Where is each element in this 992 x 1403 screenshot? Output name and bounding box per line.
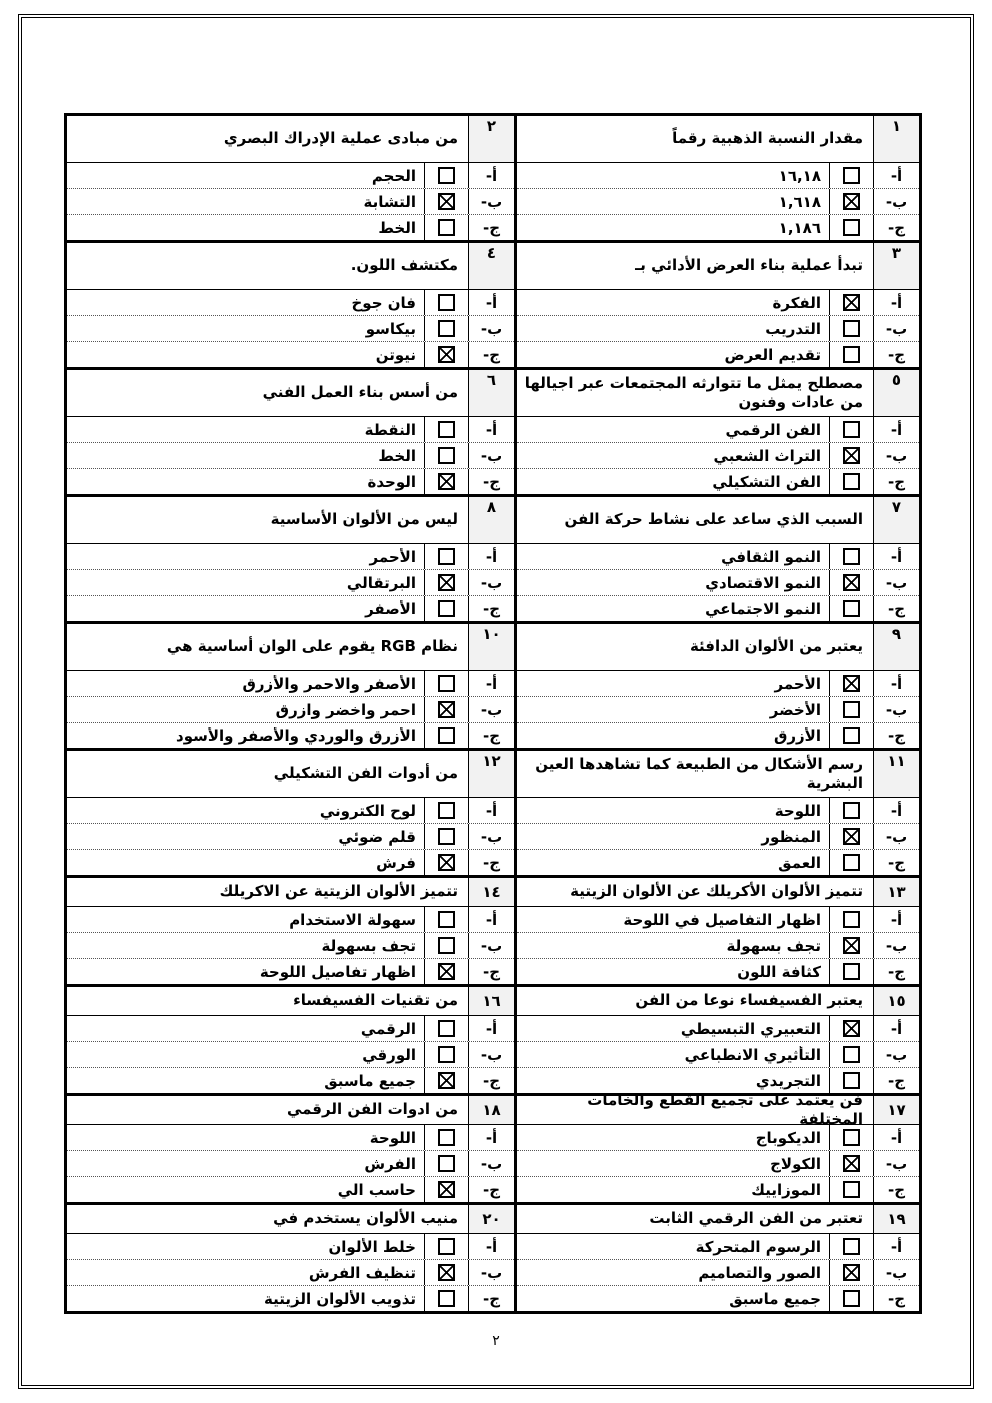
- option-row: ج-الأزرق والوردي والأصفر والأسود: [67, 722, 514, 748]
- checkbox-checked-icon[interactable]: [843, 193, 860, 210]
- question-text: من أسس بناء العمل الفني: [67, 370, 468, 416]
- option-letter: ب-: [873, 1151, 919, 1176]
- question-header: ١٩تعتبر من الفن الرقمي الثابت: [517, 1205, 919, 1233]
- option-checkbox-cell: [829, 1042, 873, 1067]
- option-row: أ-الحجم: [67, 162, 514, 188]
- question-number: ٢: [487, 119, 496, 134]
- question-text: من تقنيات الفسيفساء: [67, 987, 468, 1015]
- option-row: ب-الورقي: [67, 1041, 514, 1067]
- option-checkbox-cell: [829, 342, 873, 367]
- option-row: ب-بيكاسو: [67, 315, 514, 341]
- option-letter: أ-: [468, 1125, 514, 1150]
- question-block: ٤مكتشف اللون.أ-فان جوخب-بيكاسوج-نيوتن: [64, 240, 517, 370]
- checkbox-checked-icon[interactable]: [438, 701, 455, 718]
- option-checkbox-cell: [829, 798, 873, 823]
- question-row-band: ٩يعتبر من الألوان الدافئةأ-الأحمرب-الأخض…: [64, 621, 922, 751]
- option-label: احمر واخضر وازرق: [67, 701, 424, 719]
- option-checkbox-cell: [424, 570, 468, 595]
- checkbox-unchecked-icon[interactable]: [438, 1020, 455, 1037]
- question-number: ١٤: [482, 885, 500, 900]
- option-letter: ب-: [468, 697, 514, 722]
- question-row-band: ٣تبدأ عملية بناء العرض الأدائي بـأ-الفكر…: [64, 240, 922, 370]
- question-text: رسم الأشكال من الطبيعة كما تشاهدها العين…: [517, 751, 873, 797]
- question-header: ٣تبدأ عملية بناء العرض الأدائي بـ: [517, 243, 919, 289]
- question-number: ١٣: [887, 885, 905, 900]
- option-checkbox-cell: [424, 596, 468, 621]
- option-label: النمو الثقافي: [517, 548, 829, 566]
- option-checkbox-cell: [424, 824, 468, 849]
- checkbox-unchecked-icon[interactable]: [843, 963, 860, 980]
- question-row-band: ٧السبب الذي ساعد على نشاط حركة الفنأ-الن…: [64, 494, 922, 624]
- question-number-cell: ٤: [468, 243, 514, 289]
- option-label: المنظور: [517, 828, 829, 846]
- question-number-cell: ٩: [873, 624, 919, 670]
- option-label: خلط الألوان: [67, 1238, 424, 1256]
- question-number: ١٦: [482, 994, 500, 1009]
- option-checkbox-cell: [829, 443, 873, 468]
- option-letter: أ-: [873, 417, 919, 442]
- option-checkbox-cell: [424, 163, 468, 188]
- checkbox-unchecked-icon[interactable]: [843, 320, 860, 337]
- option-checkbox-cell: [829, 723, 873, 748]
- option-letter: ب-: [873, 1260, 919, 1285]
- checkbox-unchecked-icon[interactable]: [843, 548, 860, 565]
- option-letter: أ-: [468, 544, 514, 569]
- option-row: أ-لوح الكتروني: [67, 797, 514, 823]
- question-text: تتميز الألوان الأكريلك عن الألوان الزيتي…: [517, 878, 873, 906]
- option-row: أ-النقطة: [67, 416, 514, 442]
- option-letter: ب-: [873, 189, 919, 214]
- option-row: ج-الأزرق: [517, 722, 919, 748]
- question-number-cell: ١٥: [873, 987, 919, 1015]
- option-letter: ب-: [468, 1151, 514, 1176]
- option-row: ج-الخط: [67, 214, 514, 240]
- question-text: مكتشف اللون.: [67, 243, 468, 289]
- checkbox-unchecked-icon[interactable]: [843, 1129, 860, 1146]
- option-row: ج-اظهار تفاصيل اللوحة: [67, 958, 514, 984]
- option-label: الكولاج: [517, 1155, 829, 1173]
- question-number: ٣: [892, 246, 901, 261]
- checkbox-checked-icon[interactable]: [843, 1020, 860, 1037]
- option-letter: أ-: [468, 798, 514, 823]
- option-letter: ج-: [468, 469, 514, 494]
- option-checkbox-cell: [829, 189, 873, 214]
- checkbox-unchecked-icon[interactable]: [843, 167, 860, 184]
- question-text: فن يعتمد على تجميع القطع والخامات المختل…: [517, 1096, 873, 1124]
- checkbox-unchecked-icon[interactable]: [843, 854, 860, 871]
- option-row: ب-احمر واخضر وازرق: [67, 696, 514, 722]
- question-number: ١٥: [887, 994, 905, 1009]
- option-letter: ب-: [873, 443, 919, 468]
- checkbox-checked-icon[interactable]: [843, 937, 860, 954]
- option-row: ج-نيوتن: [67, 341, 514, 367]
- option-label: الأخضر: [517, 701, 829, 719]
- checkbox-checked-icon[interactable]: [438, 1072, 455, 1089]
- checkbox-unchecked-icon[interactable]: [438, 294, 455, 311]
- question-text: مقدار النسبة الذهبية رقماً: [517, 116, 873, 162]
- option-label: التشابة: [67, 193, 424, 211]
- checkbox-unchecked-icon[interactable]: [438, 1155, 455, 1172]
- option-row: ب-البرتقالي: [67, 569, 514, 595]
- checkbox-unchecked-icon[interactable]: [438, 600, 455, 617]
- question-block: ١٦من تقنيات الفسيفساءأ-الرقميب-الورقيج-ج…: [64, 984, 517, 1096]
- question-number: ١٠: [482, 627, 500, 642]
- question-number-cell: ١: [873, 116, 919, 162]
- option-label: التجريدي: [517, 1072, 829, 1090]
- option-label: تجف بسهولة: [517, 937, 829, 955]
- option-row: ج-النمو الاجتماعي: [517, 595, 919, 621]
- option-label: جميع ماسبق: [67, 1072, 424, 1090]
- question-text: منيب الألوان يستخدم في: [67, 1205, 468, 1233]
- question-header: ١٧فن يعتمد على تجميع القطع والخامات المخ…: [517, 1096, 919, 1124]
- option-row: أ-الأحمر: [517, 670, 919, 696]
- option-row: أ-الرسوم المتحركة: [517, 1233, 919, 1259]
- option-label: الفكرة: [517, 294, 829, 312]
- option-letter: أ-: [873, 544, 919, 569]
- option-row: أ-الفن الرقمي: [517, 416, 919, 442]
- option-letter: ج-: [468, 959, 514, 984]
- option-label: الورقي: [67, 1046, 424, 1064]
- option-label: تقديم العرض: [517, 346, 829, 364]
- checkbox-checked-icon[interactable]: [843, 294, 860, 311]
- option-row: ب-التدريب: [517, 315, 919, 341]
- checkbox-unchecked-icon[interactable]: [438, 1129, 455, 1146]
- checkbox-unchecked-icon[interactable]: [438, 447, 455, 464]
- question-number-cell: ١٤: [468, 878, 514, 906]
- option-label: اظهار تفاصيل اللوحة: [67, 963, 424, 981]
- option-row: ب-الأخضر: [517, 696, 919, 722]
- option-checkbox-cell: [829, 215, 873, 240]
- question-text: من مبادى عملية الإدراك البصري: [67, 116, 468, 162]
- option-checkbox-cell: [829, 596, 873, 621]
- page-number: ٢: [0, 1333, 992, 1349]
- option-checkbox-cell: [829, 1234, 873, 1259]
- option-label: الموزاييك: [517, 1181, 829, 1199]
- question-block: ١٥يعتبر الفسيفساء نوعا من الفنأ-التعبيري…: [514, 984, 922, 1096]
- option-row: أ-اظهار التفاصيل في اللوحة: [517, 906, 919, 932]
- checkbox-unchecked-icon[interactable]: [438, 802, 455, 819]
- checkbox-checked-icon[interactable]: [843, 1264, 860, 1281]
- option-letter: ج-: [873, 215, 919, 240]
- option-checkbox-cell: [424, 189, 468, 214]
- option-checkbox-cell: [424, 1042, 468, 1067]
- question-row-band: ٥مصطلح يمثل ما تتوارثه المجتمعات عبر اجي…: [64, 367, 922, 497]
- question-number-cell: ١٩: [873, 1205, 919, 1233]
- option-label: فرش: [67, 854, 424, 872]
- option-row: ج-حاسب الي: [67, 1176, 514, 1202]
- option-row: أ-الأحمر: [67, 543, 514, 569]
- option-row: أ-١٦,١٨: [517, 162, 919, 188]
- option-checkbox-cell: [424, 850, 468, 875]
- checkbox-unchecked-icon[interactable]: [438, 937, 455, 954]
- question-row-band: ١٥يعتبر الفسيفساء نوعا من الفنأ-التعبيري…: [64, 984, 922, 1096]
- checkbox-unchecked-icon[interactable]: [438, 1238, 455, 1255]
- option-letter: ج-: [468, 1068, 514, 1093]
- checkbox-checked-icon[interactable]: [843, 1155, 860, 1172]
- option-label: الرقمي: [67, 1020, 424, 1038]
- option-row: ب-المنظور: [517, 823, 919, 849]
- checkbox-checked-icon[interactable]: [843, 574, 860, 591]
- checkbox-unchecked-icon[interactable]: [843, 911, 860, 928]
- option-label: حاسب الي: [67, 1181, 424, 1199]
- option-checkbox-cell: [424, 316, 468, 341]
- option-letter: ب-: [873, 1042, 919, 1067]
- option-checkbox-cell: [829, 1016, 873, 1041]
- option-letter: أ-: [468, 1234, 514, 1259]
- option-row: ب-قلم ضوئي: [67, 823, 514, 849]
- question-block: ١٢من أدوات الفن التشكيليأ-لوح الكترونيب-…: [64, 748, 517, 878]
- option-letter: أ-: [873, 1125, 919, 1150]
- option-label: النقطة: [67, 421, 424, 439]
- option-letter: أ-: [468, 671, 514, 696]
- option-letter: أ-: [873, 163, 919, 188]
- option-checkbox-cell: [424, 1286, 468, 1311]
- option-row: ج-١,١٨٦: [517, 214, 919, 240]
- question-block: ٥مصطلح يمثل ما تتوارثه المجتمعات عبر اجي…: [514, 367, 922, 497]
- option-label: لوح الكتروني: [67, 802, 424, 820]
- question-block: ٧السبب الذي ساعد على نشاط حركة الفنأ-الن…: [514, 494, 922, 624]
- question-header: ٢٠منيب الألوان يستخدم في: [67, 1205, 514, 1233]
- option-checkbox-cell: [829, 1260, 873, 1285]
- question-block: ٢من مبادى عملية الإدراك البصريأ-الحجمب-ا…: [64, 113, 517, 243]
- question-block: ٣تبدأ عملية بناء العرض الأدائي بـأ-الفكر…: [514, 240, 922, 370]
- option-letter: ب-: [468, 1042, 514, 1067]
- question-number-cell: ١٧: [873, 1096, 919, 1124]
- checkbox-unchecked-icon[interactable]: [843, 600, 860, 617]
- option-label: النمو الاجتماعي: [517, 600, 829, 618]
- question-number-cell: ٨: [468, 497, 514, 543]
- option-checkbox-cell: [829, 824, 873, 849]
- checkbox-unchecked-icon[interactable]: [438, 911, 455, 928]
- question-number: ٨: [487, 500, 496, 515]
- option-letter: ب-: [873, 933, 919, 958]
- option-row: ب-الكولاج: [517, 1150, 919, 1176]
- checkbox-unchecked-icon[interactable]: [843, 1046, 860, 1063]
- option-row: ب-النمو الاقتصادي: [517, 569, 919, 595]
- question-block: ١٠نظام RGB يقوم على الوان أساسية هيأ-الأ…: [64, 621, 517, 751]
- question-block: ١١رسم الأشكال من الطبيعة كما تشاهدها الع…: [514, 748, 922, 878]
- question-header: ٥مصطلح يمثل ما تتوارثه المجتمعات عبر اجي…: [517, 370, 919, 416]
- question-header: ١٣تتميز الألوان الأكريلك عن الألوان الزي…: [517, 878, 919, 906]
- option-letter: أ-: [468, 163, 514, 188]
- option-label: التأثيري الانطباعي: [517, 1046, 829, 1064]
- checkbox-checked-icon[interactable]: [438, 854, 455, 871]
- option-label: النمو الاقتصادي: [517, 574, 829, 592]
- question-block: ٢٠منيب الألوان يستخدم فيأ-خلط الألوانب-ت…: [64, 1202, 517, 1314]
- option-letter: ج-: [468, 596, 514, 621]
- question-header: ١٢من أدوات الفن التشكيلي: [67, 751, 514, 797]
- checkbox-unchecked-icon[interactable]: [843, 421, 860, 438]
- question-number: ٩: [892, 627, 901, 642]
- option-label: اظهار التفاصيل في اللوحة: [517, 911, 829, 929]
- option-label: الوحدة: [67, 473, 424, 491]
- option-label: الديكوباج: [517, 1129, 829, 1147]
- question-block: ٩يعتبر من الألوان الدافئةأ-الأحمرب-الأخض…: [514, 621, 922, 751]
- option-checkbox-cell: [424, 469, 468, 494]
- checkbox-unchecked-icon[interactable]: [843, 473, 860, 490]
- option-checkbox-cell: [424, 342, 468, 367]
- question-number: ٧: [892, 500, 901, 515]
- checkbox-checked-icon[interactable]: [438, 1181, 455, 1198]
- checkbox-unchecked-icon[interactable]: [843, 1181, 860, 1198]
- option-letter: ب-: [468, 570, 514, 595]
- option-row: ب-١,٦١٨: [517, 188, 919, 214]
- question-header: ١مقدار النسبة الذهبية رقماً: [517, 116, 919, 162]
- checkbox-checked-icon[interactable]: [843, 675, 860, 692]
- checkbox-checked-icon[interactable]: [843, 828, 860, 845]
- checkbox-checked-icon[interactable]: [438, 963, 455, 980]
- question-block: ١٨من ادوات الفن الرقميأ-اللوحةب-الفرشج-ح…: [64, 1093, 517, 1205]
- option-letter: ج-: [468, 342, 514, 367]
- option-letter: أ-: [873, 798, 919, 823]
- checkbox-checked-icon[interactable]: [438, 346, 455, 363]
- option-checkbox-cell: [829, 1125, 873, 1150]
- option-label: ١,٦١٨: [517, 193, 829, 211]
- option-row: ب-التأثيري الانطباعي: [517, 1041, 919, 1067]
- question-number: ١٩: [887, 1212, 905, 1227]
- question-text: مصطلح يمثل ما تتوارثه المجتمعات عبر اجيا…: [517, 370, 873, 416]
- question-number-cell: ٣: [873, 243, 919, 289]
- checkbox-unchecked-icon[interactable]: [843, 701, 860, 718]
- checkbox-unchecked-icon[interactable]: [843, 1238, 860, 1255]
- option-checkbox-cell: [829, 907, 873, 932]
- checkbox-unchecked-icon[interactable]: [843, 1072, 860, 1089]
- option-label: التراث الشعبي: [517, 447, 829, 465]
- checkbox-unchecked-icon[interactable]: [438, 828, 455, 845]
- option-checkbox-cell: [424, 544, 468, 569]
- checkbox-unchecked-icon[interactable]: [843, 802, 860, 819]
- question-block: ١٤تتميز الألوان الزيتية عن الاكريلكأ-سهو…: [64, 875, 517, 987]
- question-number-cell: ٧: [873, 497, 919, 543]
- option-label: الصور والتصاميم: [517, 1264, 829, 1282]
- question-header: ١٤تتميز الألوان الزيتية عن الاكريلك: [67, 878, 514, 906]
- option-row: ج-الوحدة: [67, 468, 514, 494]
- option-checkbox-cell: [424, 1260, 468, 1285]
- option-row: ب-الخط: [67, 442, 514, 468]
- checkbox-unchecked-icon[interactable]: [438, 1290, 455, 1307]
- option-row: أ-سهولة الاستخدام: [67, 906, 514, 932]
- option-row: أ-اللوحة: [67, 1124, 514, 1150]
- checkbox-checked-icon[interactable]: [438, 193, 455, 210]
- checkbox-unchecked-icon[interactable]: [438, 421, 455, 438]
- checkbox-checked-icon[interactable]: [438, 473, 455, 490]
- option-row: ب-الفرش: [67, 1150, 514, 1176]
- option-checkbox-cell: [829, 417, 873, 442]
- question-number-cell: ٢: [468, 116, 514, 162]
- option-letter: ج-: [873, 1068, 919, 1093]
- option-checkbox-cell: [829, 959, 873, 984]
- option-row: أ-الرقمي: [67, 1015, 514, 1041]
- checkbox-unchecked-icon[interactable]: [438, 675, 455, 692]
- option-letter: ب-: [873, 570, 919, 595]
- checkbox-unchecked-icon[interactable]: [843, 727, 860, 744]
- checkbox-unchecked-icon[interactable]: [438, 219, 455, 236]
- option-letter: أ-: [873, 671, 919, 696]
- option-row: أ-الفكرة: [517, 289, 919, 315]
- option-checkbox-cell: [424, 417, 468, 442]
- option-label: اللوحة: [67, 1129, 424, 1147]
- checkbox-unchecked-icon[interactable]: [438, 727, 455, 744]
- option-letter: ب-: [873, 697, 919, 722]
- option-row: ج-جميع ماسبق: [67, 1067, 514, 1093]
- option-row: ج-كثافة اللون: [517, 958, 919, 984]
- checkbox-unchecked-icon[interactable]: [843, 346, 860, 363]
- option-row: ب-تجف بسهولة: [517, 932, 919, 958]
- option-letter: ب-: [468, 1260, 514, 1285]
- checkbox-unchecked-icon[interactable]: [438, 548, 455, 565]
- option-letter: ج-: [873, 959, 919, 984]
- option-row: أ-الديكوباج: [517, 1124, 919, 1150]
- option-checkbox-cell: [424, 1068, 468, 1093]
- question-table: ١مقدار النسبة الذهبية رقماًأ-١٦,١٨ب-١,٦١…: [64, 113, 922, 1314]
- option-label: فان جوخ: [67, 294, 424, 312]
- option-checkbox-cell: [829, 1151, 873, 1176]
- option-letter: ج-: [873, 469, 919, 494]
- question-number-cell: ٦: [468, 370, 514, 416]
- option-letter: أ-: [873, 290, 919, 315]
- option-letter: ج-: [468, 850, 514, 875]
- option-letter: أ-: [873, 1234, 919, 1259]
- checkbox-unchecked-icon[interactable]: [438, 1046, 455, 1063]
- option-letter: أ-: [873, 907, 919, 932]
- option-label: جميع ماسبق: [517, 1290, 829, 1308]
- checkbox-unchecked-icon[interactable]: [843, 1290, 860, 1307]
- option-letter: ج-: [873, 850, 919, 875]
- checkbox-checked-icon[interactable]: [438, 1264, 455, 1281]
- option-letter: ب-: [468, 933, 514, 958]
- question-number: ١٧: [887, 1103, 905, 1118]
- option-label: نيوتن: [67, 346, 424, 364]
- question-header: ٤مكتشف اللون.: [67, 243, 514, 289]
- option-label: تنظيف الفرش: [67, 1264, 424, 1282]
- question-text: من أدوات الفن التشكيلي: [67, 751, 468, 797]
- option-letter: ج-: [873, 723, 919, 748]
- option-row: ب-تنظيف الفرش: [67, 1259, 514, 1285]
- question-row-band: ١مقدار النسبة الذهبية رقماًأ-١٦,١٨ب-١,٦١…: [64, 113, 922, 243]
- option-label: تجف بسهولة: [67, 937, 424, 955]
- option-row: ج-التجريدي: [517, 1067, 919, 1093]
- option-checkbox-cell: [829, 697, 873, 722]
- option-checkbox-cell: [424, 798, 468, 823]
- option-label: الفن التشكيلي: [517, 473, 829, 491]
- checkbox-checked-icon[interactable]: [438, 574, 455, 591]
- checkbox-unchecked-icon[interactable]: [438, 320, 455, 337]
- question-header: ٨ليس من الألوان الأساسية: [67, 497, 514, 543]
- option-checkbox-cell: [424, 1151, 468, 1176]
- option-label: ١,١٨٦: [517, 219, 829, 237]
- checkbox-unchecked-icon[interactable]: [843, 219, 860, 236]
- option-checkbox-cell: [829, 1068, 873, 1093]
- question-row-band: ١٩تعتبر من الفن الرقمي الثابتأ-الرسوم ال…: [64, 1202, 922, 1314]
- option-row: أ-التعبيري التبسيطي: [517, 1015, 919, 1041]
- option-checkbox-cell: [424, 215, 468, 240]
- option-label: الرسوم المتحركة: [517, 1238, 829, 1256]
- option-row: ج-الموزاييك: [517, 1176, 919, 1202]
- option-checkbox-cell: [424, 723, 468, 748]
- option-letter: أ-: [468, 417, 514, 442]
- question-number: ٥: [892, 373, 901, 388]
- option-label: التدريب: [517, 320, 829, 338]
- option-label: بيكاسو: [67, 320, 424, 338]
- question-number-cell: ٥: [873, 370, 919, 416]
- option-row: أ-خلط الألوان: [67, 1233, 514, 1259]
- option-checkbox-cell: [424, 443, 468, 468]
- option-checkbox-cell: [424, 1177, 468, 1202]
- option-row: ج-جميع ماسبق: [517, 1285, 919, 1311]
- checkbox-checked-icon[interactable]: [843, 447, 860, 464]
- option-label: العمق: [517, 854, 829, 872]
- checkbox-unchecked-icon[interactable]: [438, 167, 455, 184]
